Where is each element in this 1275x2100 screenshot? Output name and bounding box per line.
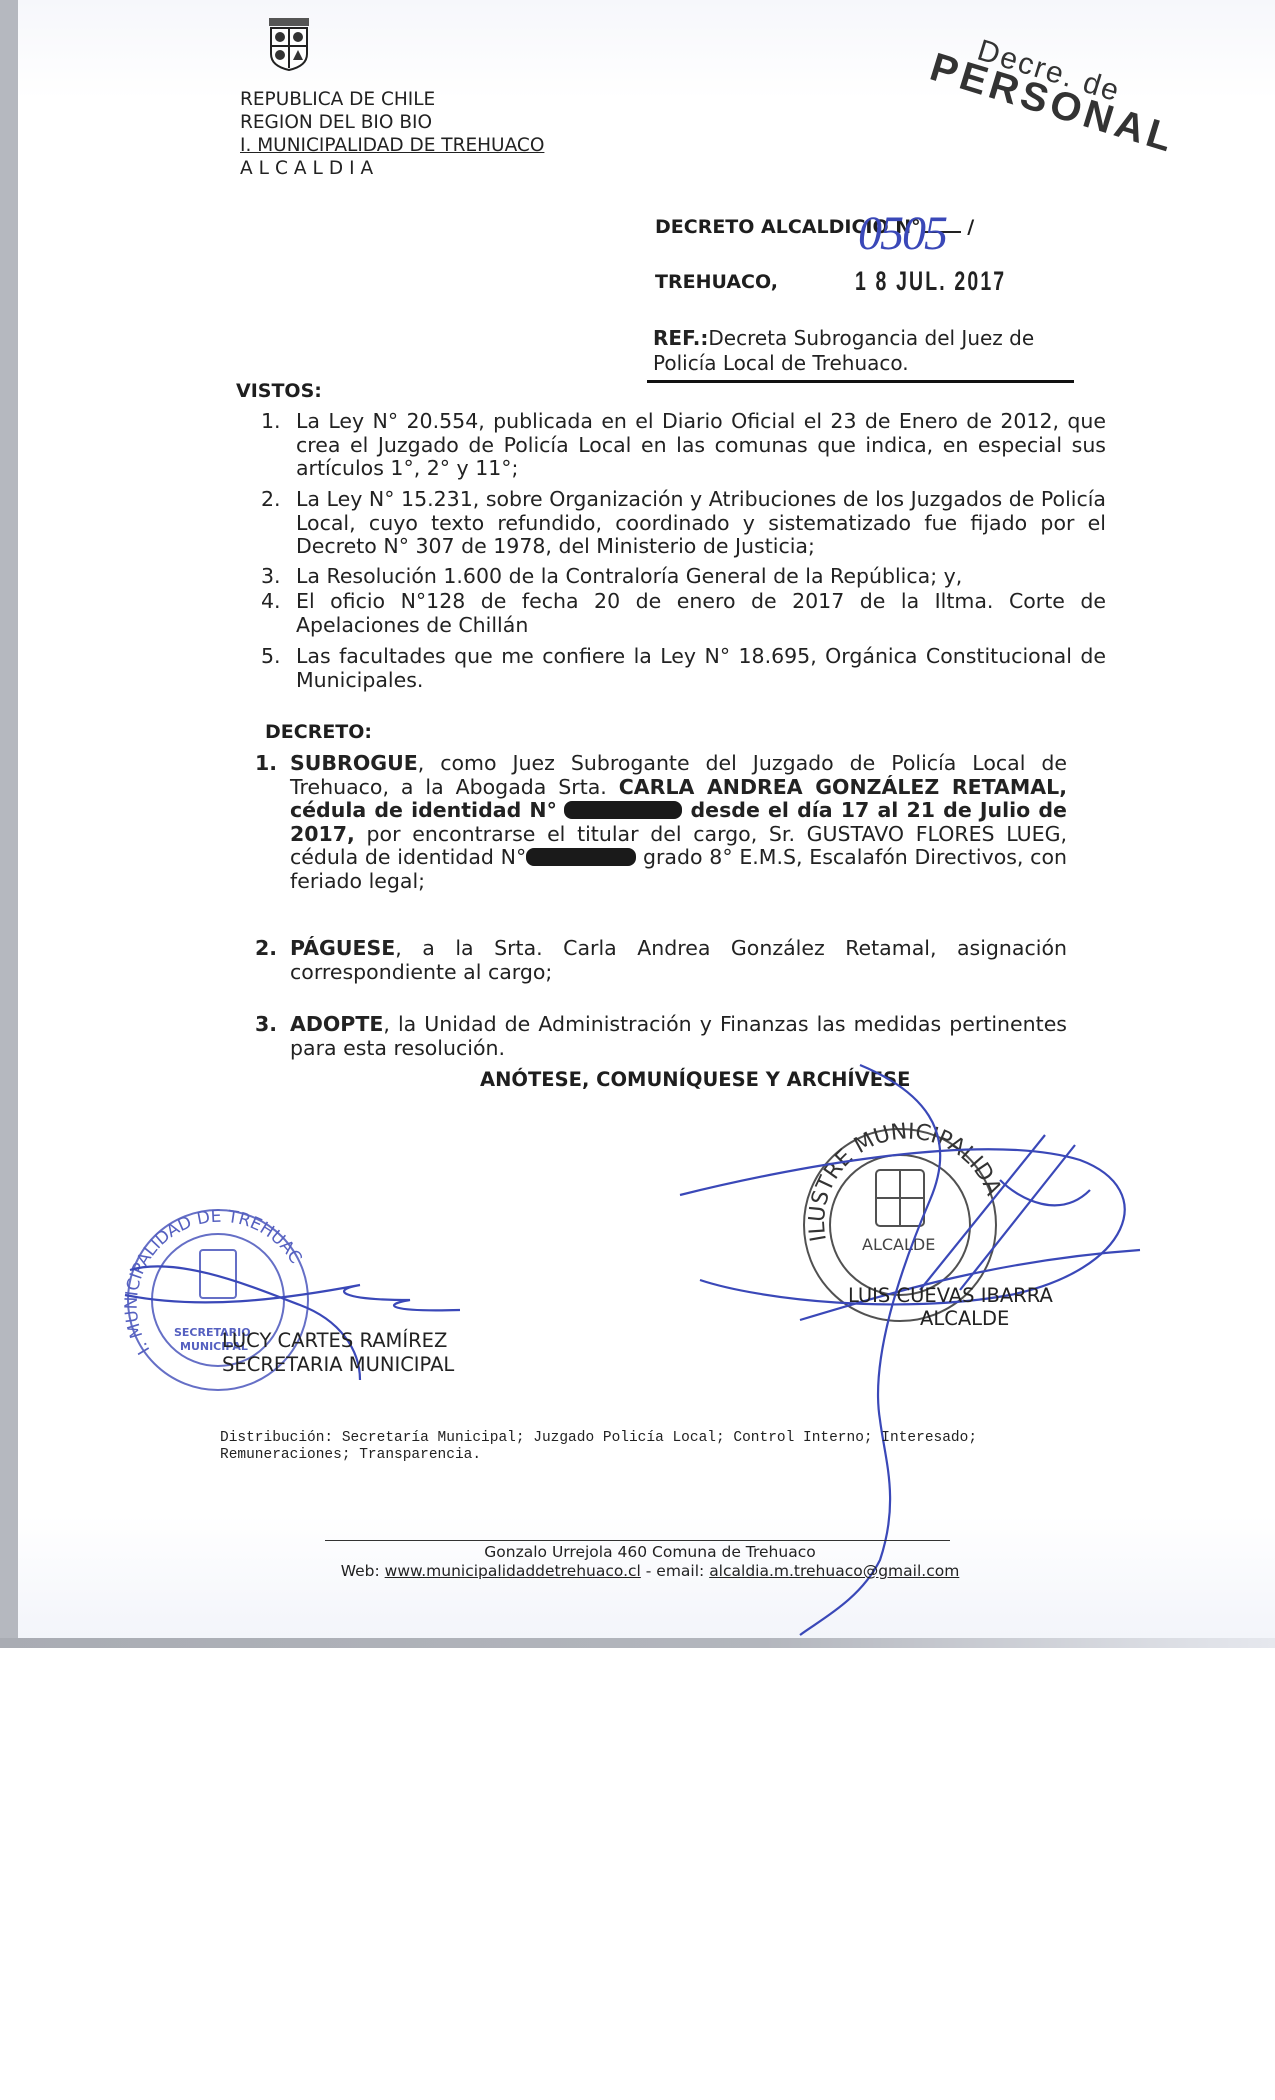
- email-link[interactable]: alcaldia.m.trehuaco@gmail.com: [709, 1562, 959, 1580]
- vistos-item: 1.La Ley N° 20.554, publicada en el Diar…: [296, 410, 1106, 481]
- letterhead-municipality: I. MUNICIPALIDAD DE TREHUACO: [240, 134, 544, 157]
- item-number: 5.: [261, 645, 281, 669]
- item-text: La Resolución 1.600 de la Contraloría Ge…: [296, 564, 962, 588]
- secretary-name: LUCY CARTES RAMÍREZ: [222, 1329, 447, 1353]
- decreto-item-subrogue: 1.SUBROGUE, como Juez Subrogante del Juz…: [290, 752, 1067, 893]
- slash: /: [961, 216, 975, 238]
- secretary-title: SECRETARIA MUNICIPAL: [222, 1353, 454, 1377]
- mayor-title: ALCALDE: [920, 1307, 1009, 1331]
- distribution-line-2: Remuneraciones; Transparencia.: [220, 1447, 1080, 1464]
- item-number: 3.: [261, 565, 281, 589]
- reference-underline: [647, 380, 1074, 383]
- closing-formula: ANÓTESE, COMUNÍQUESE Y ARCHÍVESE: [480, 1068, 910, 1091]
- decreto-item-paguese: 2.PÁGUESE, a la Srta. Carla Andrea Gonzá…: [290, 937, 1067, 984]
- item-text: , a la Srta. Carla Andrea González Retam…: [290, 936, 1067, 984]
- vistos-item: 2.La Ley N° 15.231, sobre Organización y…: [296, 488, 1106, 559]
- reference-text: Decreta Subrogancia del Juez de Policía …: [653, 326, 1034, 375]
- letterhead: REPUBLICA DE CHILE REGION DEL BIO BIO I.…: [240, 88, 544, 180]
- scanner-edge-shadow: [0, 0, 18, 1647]
- item-verb: SUBROGUE: [290, 751, 418, 775]
- vistos-item: 3.La Resolución 1.600 de la Contraloría …: [296, 565, 1106, 589]
- item-number: 4.: [261, 590, 281, 614]
- mayor-name: LUIS CUEVAS IBARRA: [848, 1284, 1053, 1308]
- redacted-id-number: [526, 848, 636, 866]
- footer-divider: [325, 1540, 950, 1541]
- letterhead-country: REPUBLICA DE CHILE: [240, 88, 544, 111]
- decreto-item-adopte: 3.ADOPTE, la Unidad de Administración y …: [290, 1013, 1067, 1060]
- reference-label: REF.:: [653, 326, 708, 350]
- item-number: 2.: [261, 488, 281, 512]
- item-text: La Ley N° 15.231, sobre Organización y A…: [296, 487, 1106, 558]
- item-text: La Ley N° 20.554, publicada en el Diario…: [296, 409, 1106, 480]
- scanner-edge-shadow-bottom: [0, 1638, 1275, 1648]
- vistos-item: 5.Las facultades que me confiere la Ley …: [296, 645, 1106, 692]
- vistos-heading: VISTOS:: [236, 380, 322, 402]
- decreto-heading: DECRETO:: [265, 721, 372, 743]
- item-text: Las facultades que me confiere la Ley N°…: [296, 644, 1106, 692]
- letterhead-region: REGION DEL BIO BIO: [240, 111, 544, 134]
- footer: Gonzalo Urrejola 460 Comuna de Trehuaco …: [320, 1543, 980, 1581]
- footer-web-label: Web:: [341, 1562, 385, 1580]
- distribution-line-1: Distribución: Secretaría Municipal; Juzg…: [220, 1430, 1080, 1447]
- decree-place: TREHUACO,: [655, 271, 778, 293]
- reference: REF.:Decreta Subrogancia del Juez de Pol…: [653, 326, 1073, 376]
- item-number: 3.: [255, 1013, 277, 1037]
- item-verb: ADOPTE: [290, 1012, 383, 1036]
- item-number: 2.: [255, 937, 277, 961]
- municipal-coat-of-arms-icon: [263, 16, 315, 72]
- item-text: , la Unidad de Administración y Finanzas…: [290, 1012, 1067, 1060]
- handwritten-decree-number: 0505: [858, 206, 946, 261]
- website-link[interactable]: www.municipalidaddetrehuaco.cl: [385, 1562, 641, 1580]
- vistos-item: 4.El oficio N°128 de fecha 20 de enero d…: [296, 590, 1106, 637]
- item-text: El oficio N°128 de fecha 20 de enero de …: [296, 589, 1106, 637]
- date-stamp: 1 8 JUL. 2017: [855, 266, 1006, 297]
- item-verb: PÁGUESE: [290, 936, 395, 960]
- footer-separator: - email:: [641, 1562, 709, 1580]
- item-number: 1.: [255, 752, 277, 776]
- distribution-list: Distribución: Secretaría Municipal; Juzg…: [220, 1430, 1080, 1464]
- footer-address: Gonzalo Urrejola 460 Comuna de Trehuaco: [320, 1543, 980, 1562]
- redacted-id-number: [564, 801, 682, 819]
- item-number: 1.: [261, 410, 281, 434]
- letterhead-office: ALCALDIA: [240, 157, 544, 180]
